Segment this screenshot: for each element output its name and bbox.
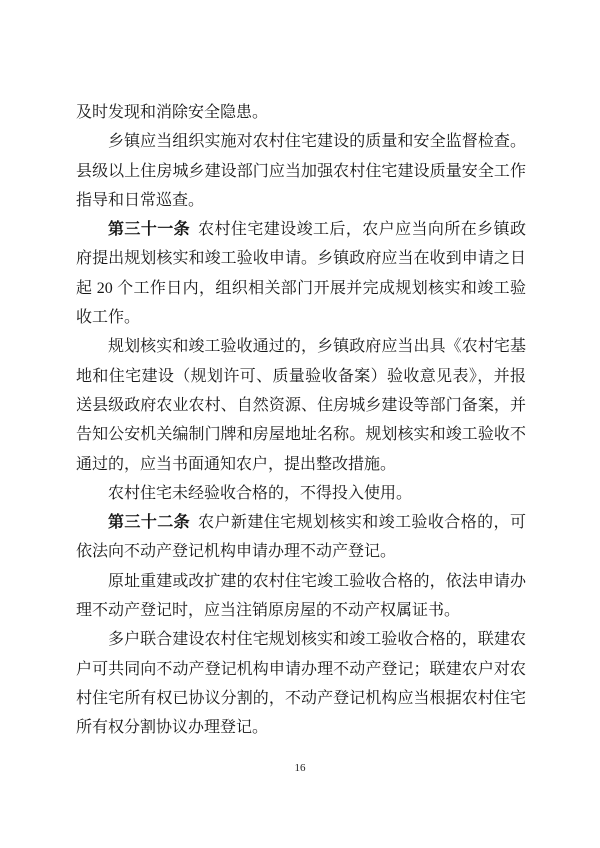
article-32-number: 第三十二条 [108,514,190,531]
paragraph-acceptance-pass: 规划核实和竣工验收通过的，乡镇政府应当出具《农村宅基地和住宅建设（规划许可、质量… [76,332,526,478]
paragraph-article-31: 第三十一条农村住宅建设竣工后，农户应当向所在乡镇政府提出规划核实和竣工验收申请。… [76,215,526,332]
paragraph-joint-construction: 多户联合建设农村住宅规划核实和竣工验收合格的，联建农户可共同向不动产登记机构申请… [76,625,526,742]
paragraph-continuation: 及时发现和消除安全隐患。 [76,98,526,127]
paragraph-acceptance-required: 农村住宅未经验收合格的，不得投入使用。 [76,479,526,508]
article-31-number: 第三十一条 [108,221,190,238]
paragraph-article-32: 第三十二条农户新建住宅规划核实和竣工验收合格的，可依法向不动产登记机构申请办理不… [76,508,526,567]
paragraph-rebuild-registration: 原址重建或改扩建的农村住宅竣工验收合格的，依法申请办理不动产登记时，应当注销原房… [76,567,526,626]
page-number: 16 [0,762,600,774]
document-body: 及时发现和消除安全隐患。 乡镇应当组织实施对农村住宅建设的质量和安全监督检查。县… [76,98,526,743]
document-page: 及时发现和消除安全隐患。 乡镇应当组织实施对农村住宅建设的质量和安全监督检查。县… [0,0,600,848]
paragraph-supervision: 乡镇应当组织实施对农村住宅建设的质量和安全监督检查。县级以上住房城乡建设部门应当… [76,127,526,215]
